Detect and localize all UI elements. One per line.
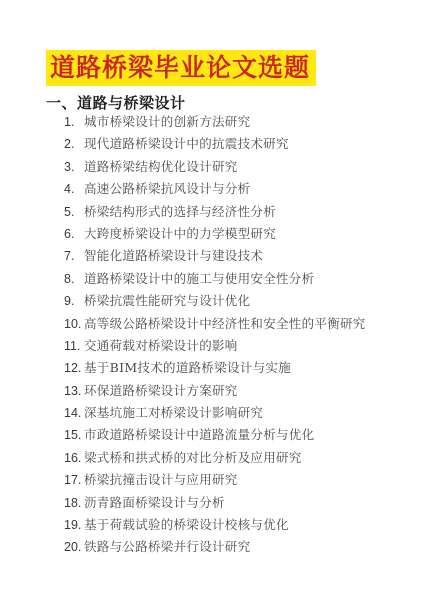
topic-text: 铁路与公路桥梁并行设计研究 [84, 536, 250, 558]
topic-number: 13. [64, 380, 83, 402]
list-item: 10. 高等级公路桥梁设计中经济性和安全性的平衡研究 [64, 313, 422, 335]
topic-number: 20. [64, 536, 83, 558]
topic-text: 桥梁抗撞击设计与应用研究 [84, 469, 238, 491]
topic-number: 4. [64, 178, 83, 200]
list-item: 15. 市政道路桥梁设计中道路流量分析与优化 [64, 424, 422, 446]
list-item: 17. 桥梁抗撞击设计与应用研究 [64, 469, 422, 491]
topic-number: 14. [64, 402, 83, 424]
list-item: 8. 道路桥梁设计中的施工与使用安全性分析 [64, 268, 422, 290]
topic-text: 深基坑施工对桥梁设计影响研究 [84, 402, 263, 424]
topic-text: 智能化道路桥梁设计与建设技术 [84, 245, 263, 267]
document-page: 道路桥梁毕业论文选题 一、道路与桥梁设计 1. 城市桥梁设计的创新方法研究 2.… [0, 0, 432, 600]
list-item: 11. 交通荷载对桥梁设计的影响 [64, 335, 422, 357]
topic-number: 12. [64, 357, 83, 379]
list-item: 19. 基于荷载试验的桥梁设计校核与优化 [64, 514, 422, 536]
list-item: 16. 梁式桥和拱式桥的对比分析及应用研究 [64, 447, 422, 469]
topic-number: 6. [64, 223, 83, 245]
list-item: 9. 桥梁抗震性能研究与设计优化 [64, 290, 422, 312]
topic-number: 8. [64, 268, 83, 290]
topic-text: 梁式桥和拱式桥的对比分析及应用研究 [84, 447, 302, 469]
topic-number: 1. [64, 111, 83, 133]
topic-number: 3. [64, 156, 83, 178]
topic-text: 沥青路面桥梁设计与分析 [84, 492, 225, 514]
topic-text: 基于BIM技术的道路桥梁设计与实施 [84, 357, 291, 379]
topic-number: 2. [64, 133, 83, 155]
list-item: 5. 桥梁结构形式的选择与经济性分析 [64, 201, 422, 223]
topic-number: 18. [64, 492, 83, 514]
list-item: 12. 基于BIM技术的道路桥梁设计与实施 [64, 357, 422, 379]
topic-number: 9. [64, 290, 83, 312]
list-item: 3. 道路桥梁结构优化设计研究 [64, 156, 422, 178]
topic-number: 5. [64, 201, 83, 223]
topic-number: 11. [64, 335, 83, 357]
topic-text: 道路桥梁结构优化设计研究 [84, 156, 238, 178]
topic-number: 16. [64, 447, 83, 469]
list-item: 20. 铁路与公路桥梁并行设计研究 [64, 536, 422, 558]
section-heading: 一、道路与桥梁设计 [46, 92, 186, 113]
topic-list: 1. 城市桥梁设计的创新方法研究 2. 现代道路桥梁设计中的抗震技术研究 3. … [64, 111, 422, 559]
topic-text: 高速公路桥梁抗风设计与分析 [84, 178, 250, 200]
topic-text: 高等级公路桥梁设计中经济性和安全性的平衡研究 [84, 313, 366, 335]
list-item: 7. 智能化道路桥梁设计与建设技术 [64, 245, 422, 267]
topic-number: 17. [64, 469, 83, 491]
list-item: 6. 大跨度桥梁设计中的力学模型研究 [64, 223, 422, 245]
topic-text: 市政道路桥梁设计中道路流量分析与优化 [84, 424, 314, 446]
topic-text: 道路桥梁设计中的施工与使用安全性分析 [84, 268, 314, 290]
topic-number: 19. [64, 514, 83, 536]
topic-number: 7. [64, 245, 83, 267]
topic-text: 桥梁抗震性能研究与设计优化 [84, 290, 250, 312]
topic-text: 交通荷载对桥梁设计的影响 [84, 335, 238, 357]
list-item: 18. 沥青路面桥梁设计与分析 [64, 492, 422, 514]
topic-number: 10. [64, 313, 83, 335]
document-title: 道路桥梁毕业论文选题 [50, 53, 310, 82]
list-item: 13. 环保道路桥梁设计方案研究 [64, 380, 422, 402]
topic-text: 现代道路桥梁设计中的抗震技术研究 [84, 133, 289, 155]
topic-text: 大跨度桥梁设计中的力学模型研究 [84, 223, 276, 245]
topic-text: 城市桥梁设计的创新方法研究 [84, 111, 250, 133]
topic-text: 基于荷载试验的桥梁设计校核与优化 [84, 514, 289, 536]
list-item: 2. 现代道路桥梁设计中的抗震技术研究 [64, 133, 422, 155]
list-item: 1. 城市桥梁设计的创新方法研究 [64, 111, 422, 133]
topic-text: 桥梁结构形式的选择与经济性分析 [84, 201, 276, 223]
list-item: 14. 深基坑施工对桥梁设计影响研究 [64, 402, 422, 424]
document-title-highlight: 道路桥梁毕业论文选题 [46, 50, 316, 86]
topic-number: 15. [64, 424, 83, 446]
topic-text: 环保道路桥梁设计方案研究 [84, 380, 238, 402]
list-item: 4. 高速公路桥梁抗风设计与分析 [64, 178, 422, 200]
